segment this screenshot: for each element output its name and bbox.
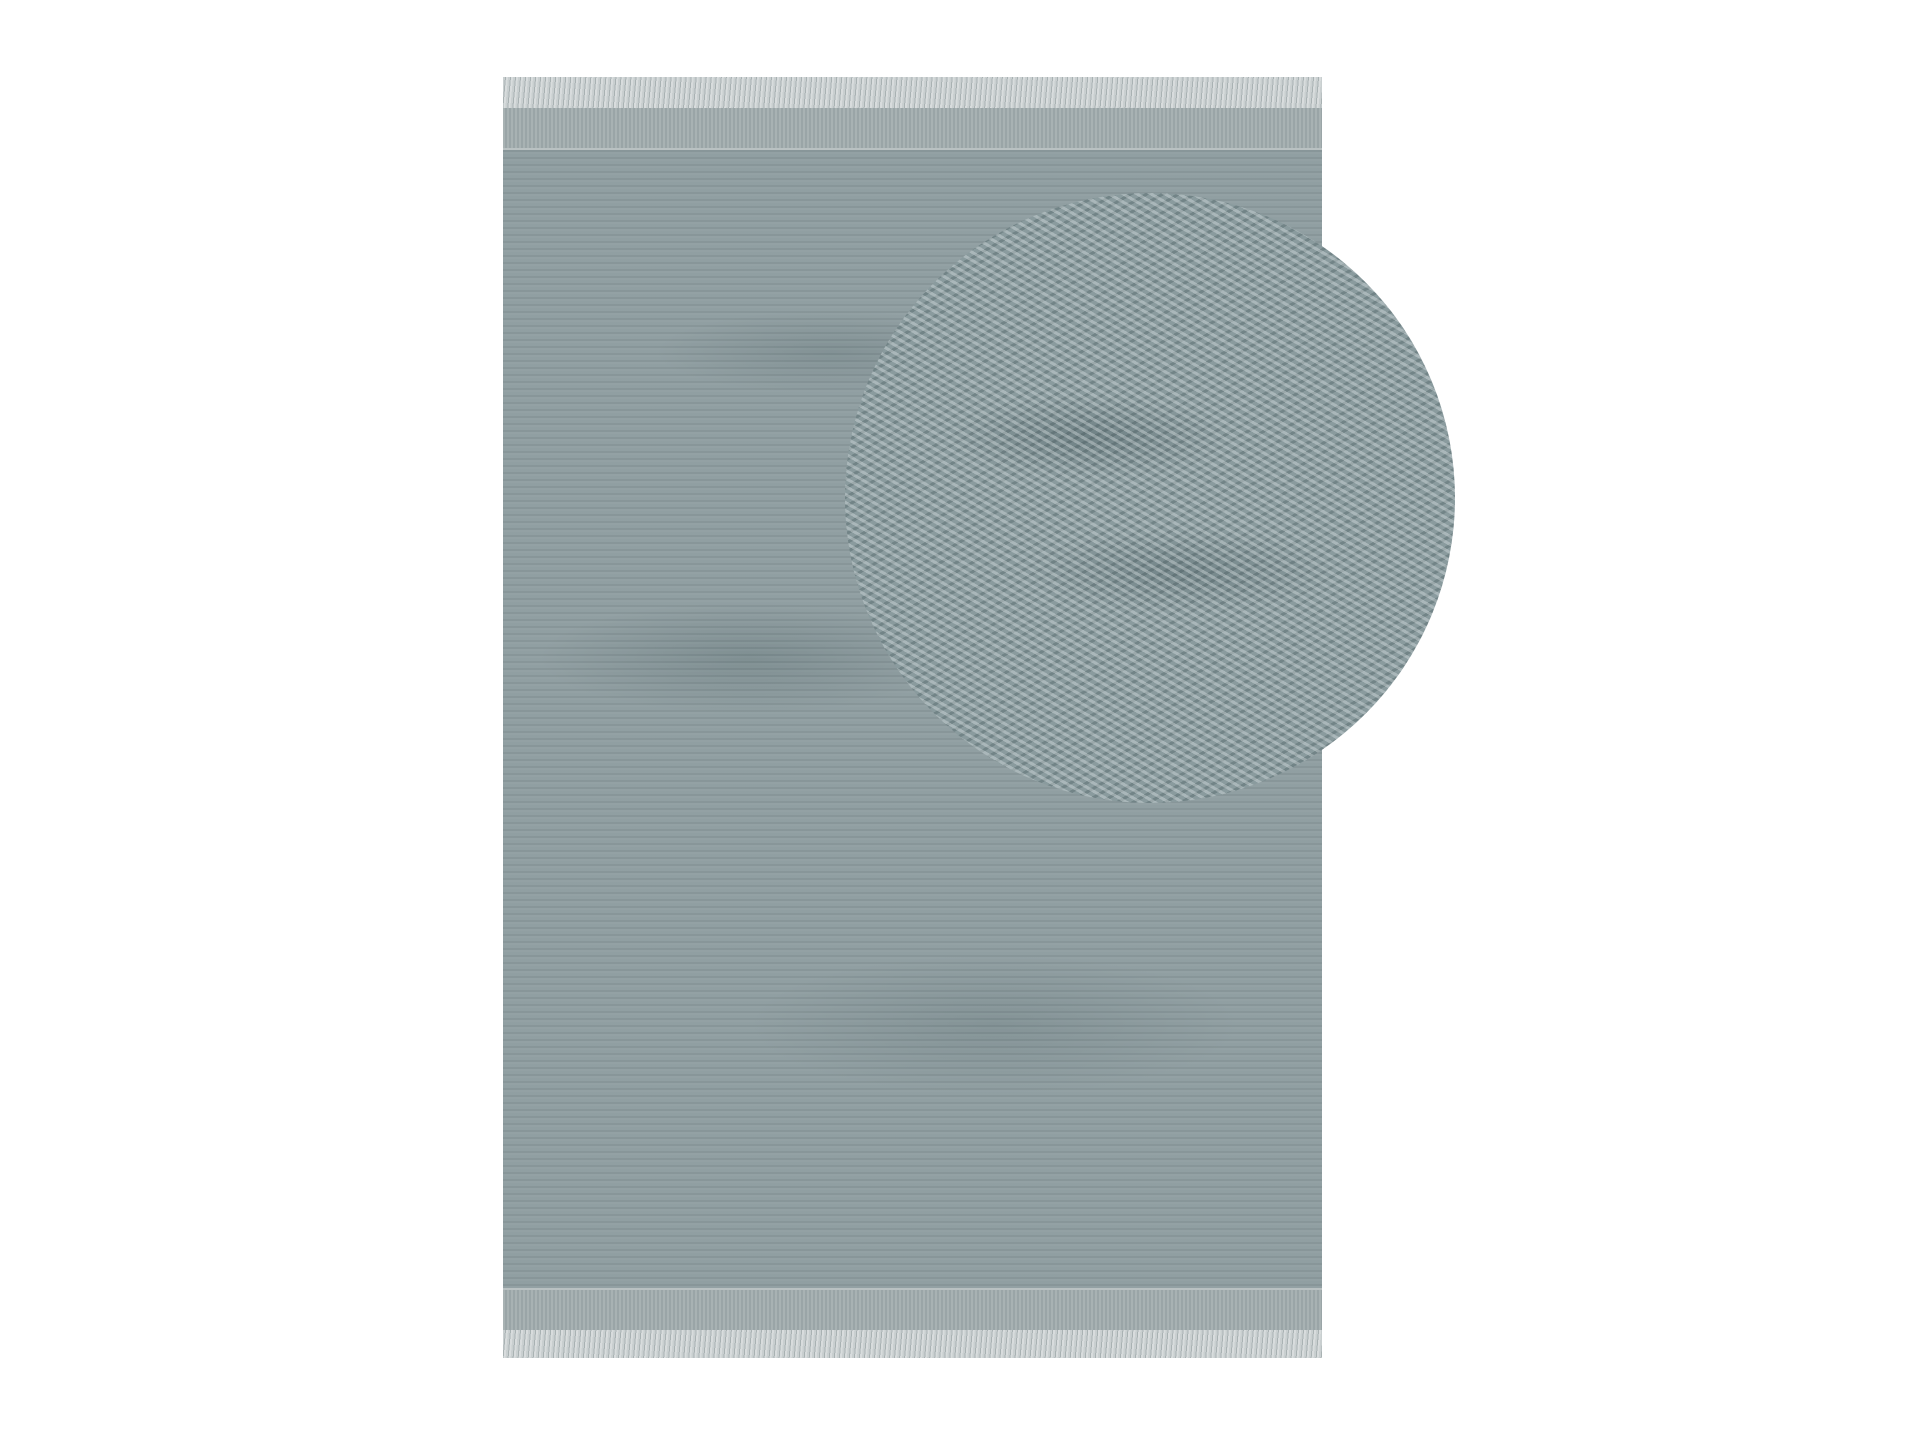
texture-closeup-circle (845, 193, 1455, 803)
top-border-band (503, 108, 1322, 150)
bottom-border-band (503, 1288, 1322, 1330)
bottom-fringe (503, 1330, 1322, 1358)
top-fringe (503, 77, 1322, 108)
